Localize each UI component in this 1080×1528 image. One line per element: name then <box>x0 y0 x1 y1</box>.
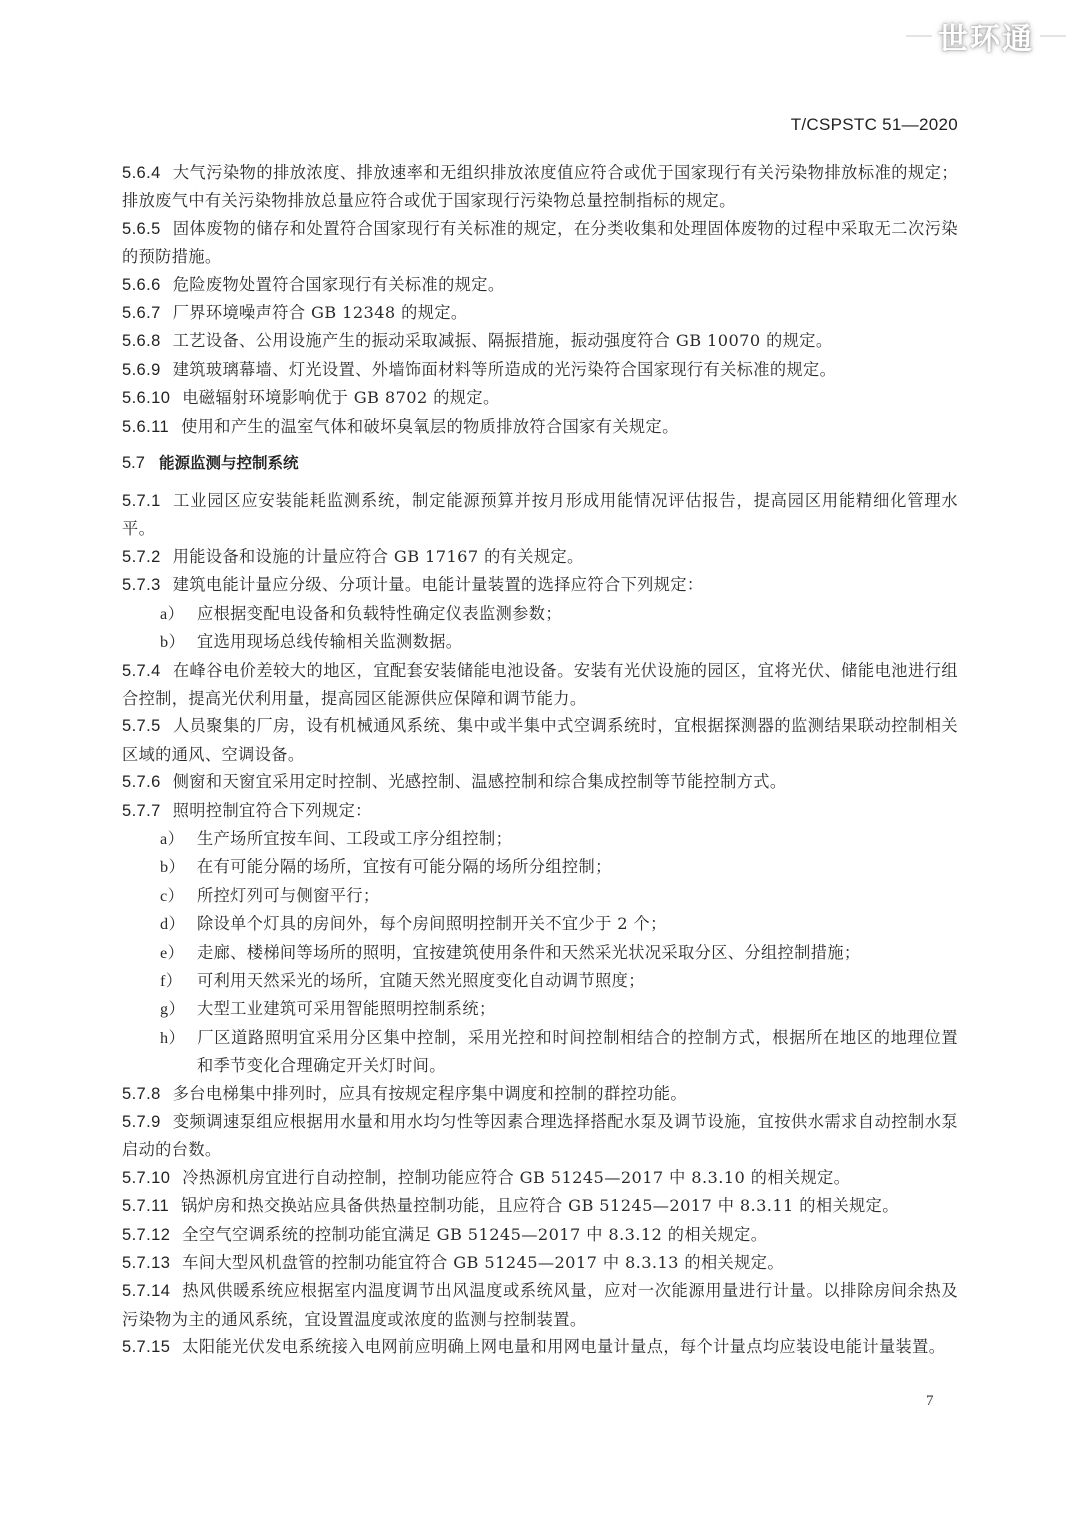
page-number: 7 <box>926 1393 934 1410</box>
clause-5-7-1: 5.7.1工业园区应安装能耗监测系统，制定能源预算并按月形成用能情况评估报告，提… <box>122 487 958 543</box>
clause-5-7-10: 5.7.10冷热源机房宜进行自动控制，控制功能应符合 GB 51245—2017… <box>122 1164 958 1192</box>
clause-text: 工业园区应安装能耗监测系统，制定能源预算并按月形成用能情况评估报告，提高园区用能… <box>122 491 958 538</box>
clause-5-7-15: 5.7.15太阳能光伏发电系统接入电网前应明确上网电量和用网电量计量点，每个计量… <box>122 1333 958 1361</box>
list-item: a）生产场所宜按车间、工段或工序分组控制； <box>122 825 958 853</box>
clause-5-6-9: 5.6.9建筑玻璃幕墙、灯光设置、外墙饰面材料等所造成的光污染符合国家现行有关标… <box>122 356 958 384</box>
list-item-label: c） <box>160 883 197 910</box>
list-item-text: 厂区道路照明宜采用分区集中控制，采用光控和时间控制相结合的控制方式，根据所在地区… <box>197 1028 958 1075</box>
clause-number: 5.7.10 <box>122 1169 170 1187</box>
clause-5-7-6: 5.7.6侧窗和天窗宜采用定时控制、光感控制、温感控制和综合集成控制等节能控制方… <box>122 768 958 796</box>
clause-text: 冷热源机房宜进行自动控制，控制功能应符合 GB 51245—2017 中 8.3… <box>182 1168 850 1187</box>
clause-number: 5.6.8 <box>122 332 161 350</box>
clause-5-7-7: 5.7.7照明控制宜符合下列规定： <box>122 797 958 825</box>
clause-number: 5.7.6 <box>122 773 161 791</box>
clause-number: 5.6.6 <box>122 276 161 294</box>
clause-text: 建筑玻璃幕墙、灯光设置、外墙饰面材料等所造成的光污染符合国家现行有关标准的规定。 <box>173 360 837 379</box>
clause-number: 5.7.1 <box>122 492 161 510</box>
list-item-label: g） <box>160 996 197 1023</box>
clause-text: 电磁辐射环境影响优于 GB 8702 的规定。 <box>182 388 499 407</box>
list-item: h）厂区道路照明宜采用分区集中控制，采用光控和时间控制相结合的控制方式，根据所在… <box>122 1024 958 1080</box>
clause-5-6-8: 5.6.8工艺设备、公用设施产生的振动采取减振、隔振措施，振动强度符合 GB 1… <box>122 327 958 355</box>
clause-text: 厂界环境噪声符合 GB 12348 的规定。 <box>173 303 468 322</box>
clause-number: 5.7.11 <box>122 1197 169 1215</box>
clause-number: 5.7.13 <box>122 1254 170 1272</box>
list-item: d）除设单个灯具的房间外，每个房间照明控制开关不宜少于 2 个； <box>122 910 958 938</box>
clause-number: 5.7.8 <box>122 1085 161 1103</box>
clause-5-6-11: 5.6.11使用和产生的温室气体和破坏臭氧层的物质排放符合国家有关规定。 <box>122 413 958 441</box>
list-item: c）所控灯列可与侧窗平行； <box>122 882 958 910</box>
clause-5-7-12: 5.7.12全空气空调系统的控制功能宜满足 GB 51245—2017 中 8.… <box>122 1221 958 1249</box>
clause-number: 5.7.2 <box>122 548 161 566</box>
clause-text: 使用和产生的温室气体和破坏臭氧层的物质排放符合国家有关规定。 <box>181 417 679 436</box>
clause-5-7-5: 5.7.5人员聚集的厂房，设有机械通风系统、集中或半集中式空调系统时，宜根据探测… <box>122 712 958 768</box>
list-item-label: a） <box>160 601 197 628</box>
list-item-text: 生产场所宜按车间、工段或工序分组控制； <box>197 829 512 848</box>
list-item: b）宜选用现场总线传输相关监测数据。 <box>122 628 958 656</box>
clause-text: 热风供暖系统应根据室内温度调节出风温度或系统风量，应对一次能源用量进行计量。以排… <box>122 1281 958 1328</box>
list-item-text: 大型工业建筑可采用智能照明控制系统； <box>197 999 496 1018</box>
clause-number: 5.7.9 <box>122 1113 161 1131</box>
clause-5-6-5: 5.6.5固体废物的储存和处置符合国家现行有关标准的规定，在分类收集和处理固体废… <box>122 215 958 271</box>
clause-5-6-7: 5.6.7厂界环境噪声符合 GB 12348 的规定。 <box>122 299 958 327</box>
clause-5-7-14: 5.7.14热风供暖系统应根据室内温度调节出风温度或系统风量，应对一次能源用量进… <box>122 1277 958 1333</box>
clause-number: 5.7.14 <box>122 1282 170 1300</box>
list-item-label: d） <box>160 911 197 938</box>
clause-number: 5.6.9 <box>122 361 161 379</box>
clause-text: 多台电梯集中排列时，应具有按规定程序集中调度和控制的群控功能。 <box>173 1084 687 1103</box>
clause-number: 5.6.5 <box>122 220 161 238</box>
clause-text: 在峰谷电价差较大的地区，宜配套安装储能电池设备。安装有光伏设施的园区，宜将光伏、… <box>122 661 958 708</box>
list-item: b）在有可能分隔的场所，宜按有可能分隔的场所分组控制； <box>122 853 958 881</box>
clause-text: 用能设备和设施的计量应符合 GB 17167 的有关规定。 <box>173 547 584 566</box>
list-item-text: 可利用天然采光的场所，宜随天然光照度变化自动调节照度； <box>197 971 645 990</box>
clause-number: 5.7.3 <box>122 576 161 594</box>
section-number: 5.7 <box>122 454 145 472</box>
list-item-text: 走廊、楼梯间等场所的照明，宜按建筑使用条件和天然采光状况采取分区、分组控制措施； <box>197 943 861 962</box>
watermark-dash-left <box>906 35 932 37</box>
clause-text: 侧窗和天窗宜采用定时控制、光感控制、温感控制和综合集成控制等节能控制方式。 <box>173 772 787 791</box>
list-item: g）大型工业建筑可采用智能照明控制系统； <box>122 995 958 1023</box>
list-item: a）应根据变配电设备和负载特性确定仪表监测参数； <box>122 600 958 628</box>
clause-number: 5.6.4 <box>122 164 161 182</box>
clause-5-7-13: 5.7.13车间大型风机盘管的控制功能宜符合 GB 51245—2017 中 8… <box>122 1249 958 1277</box>
list-item-label: b） <box>160 854 197 881</box>
clause-5-6-10: 5.6.10电磁辐射环境影响优于 GB 8702 的规定。 <box>122 384 958 412</box>
clause-text: 固体废物的储存和处置符合国家现行有关标准的规定，在分类收集和处理固体废物的过程中… <box>122 219 958 266</box>
clause-number: 5.7.4 <box>122 662 161 680</box>
list-item-label: b） <box>160 629 197 656</box>
clause-5-7-11: 5.7.11锅炉房和热交换站应具备供热量控制功能，且应符合 GB 51245—2… <box>122 1192 958 1220</box>
clause-number: 5.7.5 <box>122 717 161 735</box>
list-item-label: h） <box>160 1025 197 1052</box>
list-item-text: 除设单个灯具的房间外，每个房间照明控制开关不宜少于 2 个； <box>197 914 667 933</box>
clause-text: 建筑电能计量应分级、分项计量。电能计量装置的选择应符合下列规定： <box>173 575 704 594</box>
clause-number: 5.6.11 <box>122 418 169 436</box>
clause-number: 5.7.12 <box>122 1226 170 1244</box>
clause-text: 全空气空调系统的控制功能宜满足 GB 51245—2017 中 8.3.12 的… <box>182 1225 767 1244</box>
section-title: 能源监测与控制系统 <box>159 454 299 472</box>
clause-text: 工艺设备、公用设施产生的振动采取减振、隔振措施，振动强度符合 GB 10070 … <box>173 331 833 350</box>
section-heading-5-7: 5.7能源监测与控制系统 <box>122 449 958 477</box>
list-item-text: 应根据变配电设备和负载特性确定仪表监测参数； <box>197 604 562 623</box>
clause-number: 5.6.7 <box>122 304 161 322</box>
list-item-label: e） <box>160 940 197 967</box>
clause-text: 照明控制宜符合下列规定： <box>173 801 372 820</box>
clause-5-7-8: 5.7.8多台电梯集中排列时，应具有按规定程序集中调度和控制的群控功能。 <box>122 1080 958 1108</box>
list-item-text: 所控灯列可与侧窗平行； <box>197 886 379 905</box>
document-code: T/CSPSTC 51—2020 <box>791 115 958 135</box>
clause-text: 变频调速泵组应根据用水量和用水均匀性等因素合理选择搭配水泵及调节设施，宜按供水需… <box>122 1112 958 1159</box>
clause-number: 5.7.7 <box>122 802 161 820</box>
clause-5-6-4: 5.6.4大气污染物的排放浓度、排放速率和无组织排放浓度值应符合或优于国家现行有… <box>122 159 958 215</box>
clause-5-7-4: 5.7.4在峰谷电价差较大的地区，宜配套安装储能电池设备。安装有光伏设施的园区，… <box>122 657 958 713</box>
clause-text: 锅炉房和热交换站应具备供热量控制功能，且应符合 GB 51245—2017 中 … <box>181 1196 899 1215</box>
document-body: 5.6.4大气污染物的排放浓度、排放速率和无组织排放浓度值应符合或优于国家现行有… <box>122 159 958 1362</box>
clause-number: 5.6.10 <box>122 389 170 407</box>
list-item-label: f） <box>160 968 197 995</box>
clause-5-7-9: 5.7.9变频调速泵组应根据用水量和用水均匀性等因素合理选择搭配水泵及调节设施，… <box>122 1108 958 1164</box>
list-item: e）走廊、楼梯间等场所的照明，宜按建筑使用条件和天然采光状况采取分区、分组控制措… <box>122 939 958 967</box>
watermark-text: 世环通 <box>938 14 1034 58</box>
watermark-dash-right <box>1040 35 1066 37</box>
list-item-label: a） <box>160 826 197 853</box>
list-item-text: 在有可能分隔的场所，宜按有可能分隔的场所分组控制； <box>197 857 612 876</box>
clause-number: 5.7.15 <box>122 1338 170 1356</box>
clause-text: 太阳能光伏发电系统接入电网前应明确上网电量和用网电量计量点，每个计量点均应装设电… <box>182 1337 945 1356</box>
clause-5-7-2: 5.7.2用能设备和设施的计量应符合 GB 17167 的有关规定。 <box>122 543 958 571</box>
list-item: f）可利用天然采光的场所，宜随天然光照度变化自动调节照度； <box>122 967 958 995</box>
clause-5-7-3: 5.7.3建筑电能计量应分级、分项计量。电能计量装置的选择应符合下列规定： <box>122 571 958 599</box>
clause-5-6-6: 5.6.6危险废物处置符合国家现行有关标准的规定。 <box>122 271 958 299</box>
list-item-text: 宜选用现场总线传输相关监测数据。 <box>197 632 462 651</box>
clause-text: 车间大型风机盘管的控制功能宜符合 GB 51245—2017 中 8.3.13 … <box>182 1253 784 1272</box>
clause-text: 危险废物处置符合国家现行有关标准的规定。 <box>173 275 505 294</box>
clause-text: 大气污染物的排放浓度、排放速率和无组织排放浓度值应符合或优于国家现行有关污染物排… <box>122 163 958 210</box>
clause-text: 人员聚集的厂房，设有机械通风系统、集中或半集中式空调系统时，宜根据探测器的监测结… <box>122 716 958 763</box>
watermark-logo: 世环通 <box>906 14 1066 58</box>
